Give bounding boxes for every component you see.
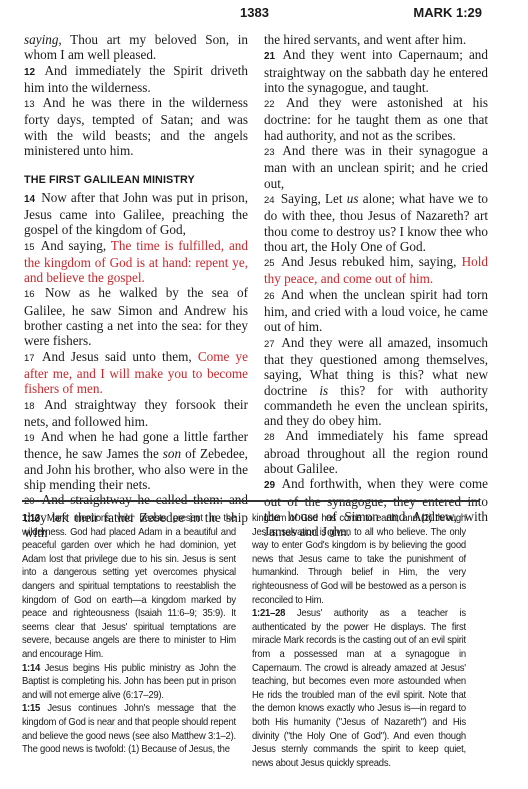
page-header: 1383 MARK 1:29 — [0, 0, 528, 32]
notes-column-right: kingdom of God has come to earth; and (2… — [252, 512, 466, 770]
verse-28: 28 And immediately his fame spread abroa… — [264, 428, 488, 476]
notes-column-left: 1:13 Mark mentions wild beasts present i… — [22, 512, 236, 770]
verse-number: 12 — [24, 67, 35, 78]
verse-continuation: the hired servants, and went after him. — [264, 32, 488, 47]
verse-number: 27 — [264, 339, 275, 350]
study-note: 1:14 Jesus begins His public ministry as… — [22, 662, 236, 703]
verse-number: 17 — [24, 353, 35, 364]
scripture-text: saying, Thou art my beloved Son, in whom… — [24, 32, 488, 496]
running-head: MARK 1:29 — [413, 5, 482, 20]
divider-rule — [22, 500, 480, 502]
verse-number: 24 — [264, 195, 275, 206]
verse-number: 19 — [24, 433, 35, 444]
verse-27: 27 And they were all amazed, insomuch th… — [264, 335, 488, 429]
verse-12: 12 And immediately the Spirit driveth hi… — [24, 63, 248, 96]
section-heading: THE FIRST GALILEAN MINISTRY — [24, 173, 248, 188]
verse-number: 15 — [24, 242, 35, 253]
page-number: 1383 — [240, 5, 269, 20]
verse-19: 19 And when he had gone a little farther… — [24, 429, 248, 492]
verse-number: 16 — [24, 289, 35, 300]
verse-number: 18 — [24, 401, 35, 412]
verse-number: 29 — [264, 480, 275, 491]
verse-number: 23 — [264, 147, 275, 158]
note-reference: 1:15 — [22, 703, 40, 714]
verse-16: 16 Now as he walked by the sea of Galile… — [24, 285, 248, 348]
study-note: 1:21–28 Jesus' authority as a teacher is… — [252, 607, 466, 770]
verse-continuation: saying, Thou art my beloved Son, in whom… — [24, 32, 248, 63]
study-note: 1:13 Mark mentions wild beasts present i… — [22, 512, 236, 662]
study-note: 1:15 Jesus continues John's message that… — [22, 702, 236, 756]
verse-number: 25 — [264, 258, 275, 269]
scripture-column-left: saying, Thou art my beloved Son, in whom… — [24, 32, 248, 496]
verse-18: 18 And straightway they forsook their ne… — [24, 397, 248, 430]
note-reference: 1:21–28 — [252, 608, 285, 619]
verse-number: 14 — [24, 194, 35, 205]
note-reference: 1:13 — [22, 513, 40, 524]
verse-26: 26 And when the unclean spirit had torn … — [264, 287, 488, 335]
verse-number: 13 — [24, 99, 35, 110]
study-note-continuation: kingdom of God has come to earth; and (2… — [252, 512, 466, 607]
verse-23: 23 And there was in their synagogue a ma… — [264, 143, 488, 191]
verse-25: 25 And Jesus rebuked him, saying, Hold t… — [264, 254, 488, 287]
study-notes: 1:13 Mark mentions wild beasts present i… — [22, 512, 482, 770]
verse-17: 17 And Jesus said unto them, Come ye aft… — [24, 349, 248, 397]
verse-21: 21 And they went into Capernaum; and str… — [264, 47, 488, 95]
verse-14: 14 Now after that John was put in prison… — [24, 190, 248, 238]
verse-15: 15 And saying, The time is fulfilled, an… — [24, 238, 248, 286]
note-reference: 1:14 — [22, 663, 40, 674]
verse-13: 13 And he was there in the wilderness fo… — [24, 95, 248, 158]
verse-number: 21 — [264, 51, 275, 62]
verse-number: 28 — [264, 432, 275, 443]
verse-number: 22 — [264, 99, 275, 110]
scripture-column-right: the hired servants, and went after him. … — [264, 32, 488, 496]
verse-22: 22 And they were astonished at his doctr… — [264, 95, 488, 143]
verse-24: 24 Saying, Let us alone; what have we to… — [264, 191, 488, 254]
verse-number: 26 — [264, 291, 275, 302]
